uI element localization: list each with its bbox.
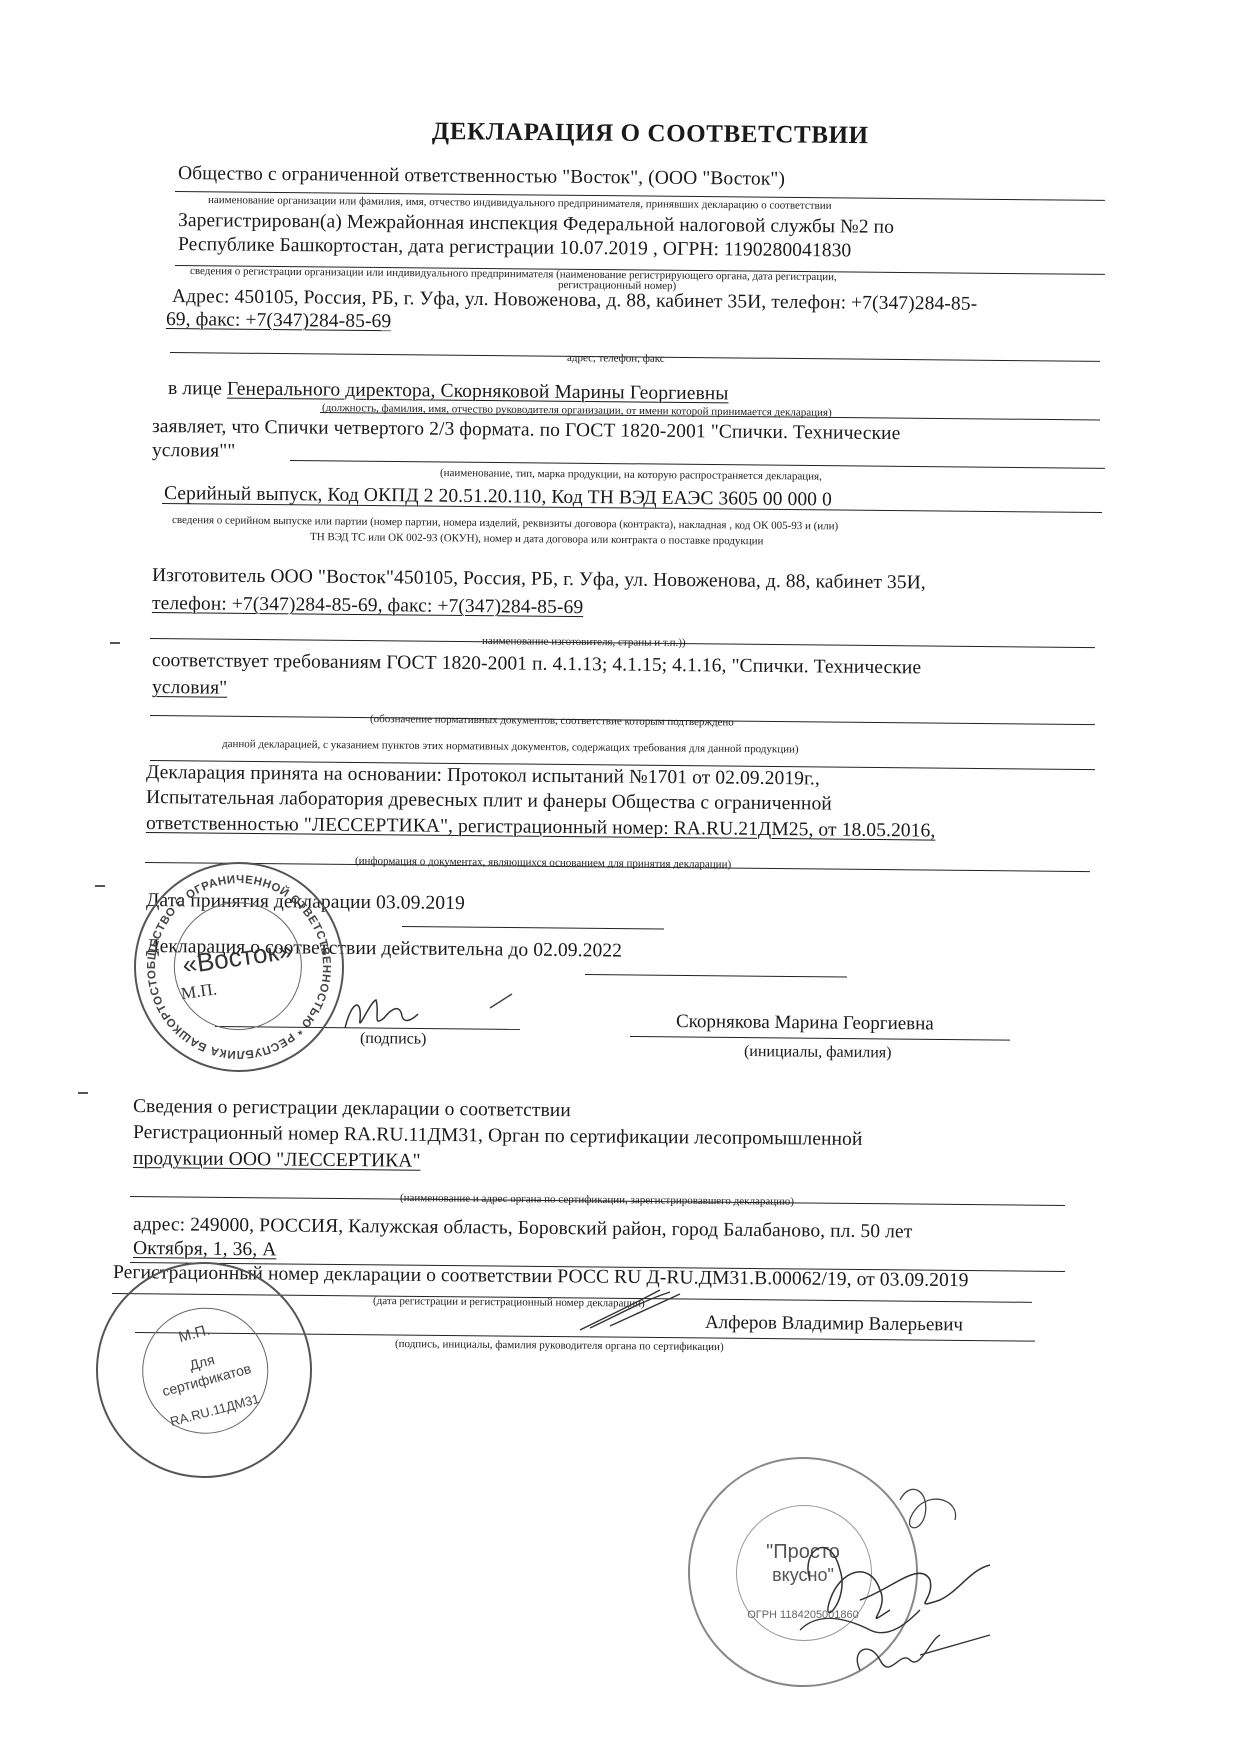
certification-signature-icon: [570, 1280, 730, 1340]
registration-body-line-2: продукции ООО "ЛЕССЕРТИКА": [133, 1148, 421, 1173]
basis-line-3: ответственностью "ЛЕССЕРТИКА", регистрац…: [146, 813, 936, 843]
address-caption: адрес, телефон, факс: [567, 352, 665, 365]
manufacturer-line-1: Изготовитель ООО "Восток"450105, Россия,…: [152, 565, 926, 594]
manufacturer-caption: наименование изготовителя, страны и т.п.…: [482, 635, 686, 649]
conformity-caption-2: данной декларацией, с указанием пунктов …: [222, 738, 799, 756]
applicant-name: Общество с ограниченной ответственностью…: [178, 163, 785, 191]
product-line-2: условия"": [152, 440, 236, 463]
scan-mark: [78, 1092, 88, 1094]
serial-caption-1: сведения о серийном выпуске или партии (…: [172, 514, 838, 532]
manufacturer-line-2: телефон: +7(347)284-85-69, факс: +7(347)…: [152, 593, 583, 619]
declaration-page: ДЕКЛАРАЦИЯ О СООТВЕТСТВИИ Общество с огр…: [0, 0, 1240, 1753]
signature-scribble-icon: [340, 990, 530, 1035]
representative-prefix: в лице: [168, 378, 222, 400]
scan-mark: [95, 885, 105, 887]
handwritten-signature-icon: [740, 1460, 1000, 1700]
conformity-line-2: условия": [152, 677, 227, 700]
certification-head-name: Алферов Владимир Валерьевич: [705, 1312, 963, 1336]
rule: [402, 926, 664, 930]
certification-head-caption: (подпись, инициалы, фамилия руководителя…: [395, 1338, 724, 1353]
conformity-line-1: соответствует требованиям ГОСТ 1820-2001…: [152, 650, 921, 679]
adoption-date-value: 03.09.2019: [376, 892, 465, 914]
document-title: ДЕКЛАРАЦИЯ О СООТВЕТСТВИИ: [432, 118, 869, 150]
registration-caption-1: сведения о регистрации организации или и…: [190, 265, 837, 283]
signer-caption: (инициалы, фамилия): [744, 1043, 892, 1062]
rule: [585, 974, 847, 978]
registration-heading: Сведения о регистрации декларации о соот…: [133, 1096, 571, 1122]
representative-name: Генерального директора, Скорняковой Мари…: [227, 379, 729, 405]
serial-caption-2: ТН ВЭД ТС или ОК 002-93 (ОКУН), номер и …: [310, 531, 764, 547]
rule: [290, 460, 1105, 469]
signer-name: Скорнякова Марина Георгиевна: [676, 1011, 934, 1035]
registration-caption: (наименование и адрес органа по сертифик…: [400, 1192, 794, 1208]
product-line-1: заявляет, что Спички четвертого 2/3 форм…: [152, 416, 901, 445]
basis-line-2: Испытательная лаборатория древесных плит…: [146, 787, 832, 816]
rule: [630, 1036, 1010, 1041]
conformity-caption-1: (обозначение нормативных документов, соо…: [370, 713, 734, 728]
valid-until-value: 02.09.2022: [533, 940, 622, 962]
representative-line: в лице Генерального директора, Скорняков…: [168, 378, 729, 405]
representative-caption: (должность, фамилия, имя, отчество руков…: [322, 402, 832, 419]
product-caption: (наименование, тип, марка продукции, на …: [440, 467, 822, 483]
scan-mark: [110, 642, 120, 644]
registration-body-line-1: Регистрационный номер RA.RU.11ДМ31, Орга…: [133, 1122, 863, 1151]
address-line-2: 69, факс: +7(347)284-85-69: [166, 309, 392, 333]
basis-caption: (информация о документах, являющихся осн…: [355, 855, 731, 871]
company-stamp: ОБЩЕСТВО С ОГРАНИЧЕННОЙ ОТВЕТСТВЕННОСТЬЮ…: [120, 848, 357, 1085]
registration-line-2: Республике Башкортостан, дата регистраци…: [178, 234, 852, 262]
registration-address-line-2: Октября, 1, 36, А: [133, 1238, 277, 1261]
